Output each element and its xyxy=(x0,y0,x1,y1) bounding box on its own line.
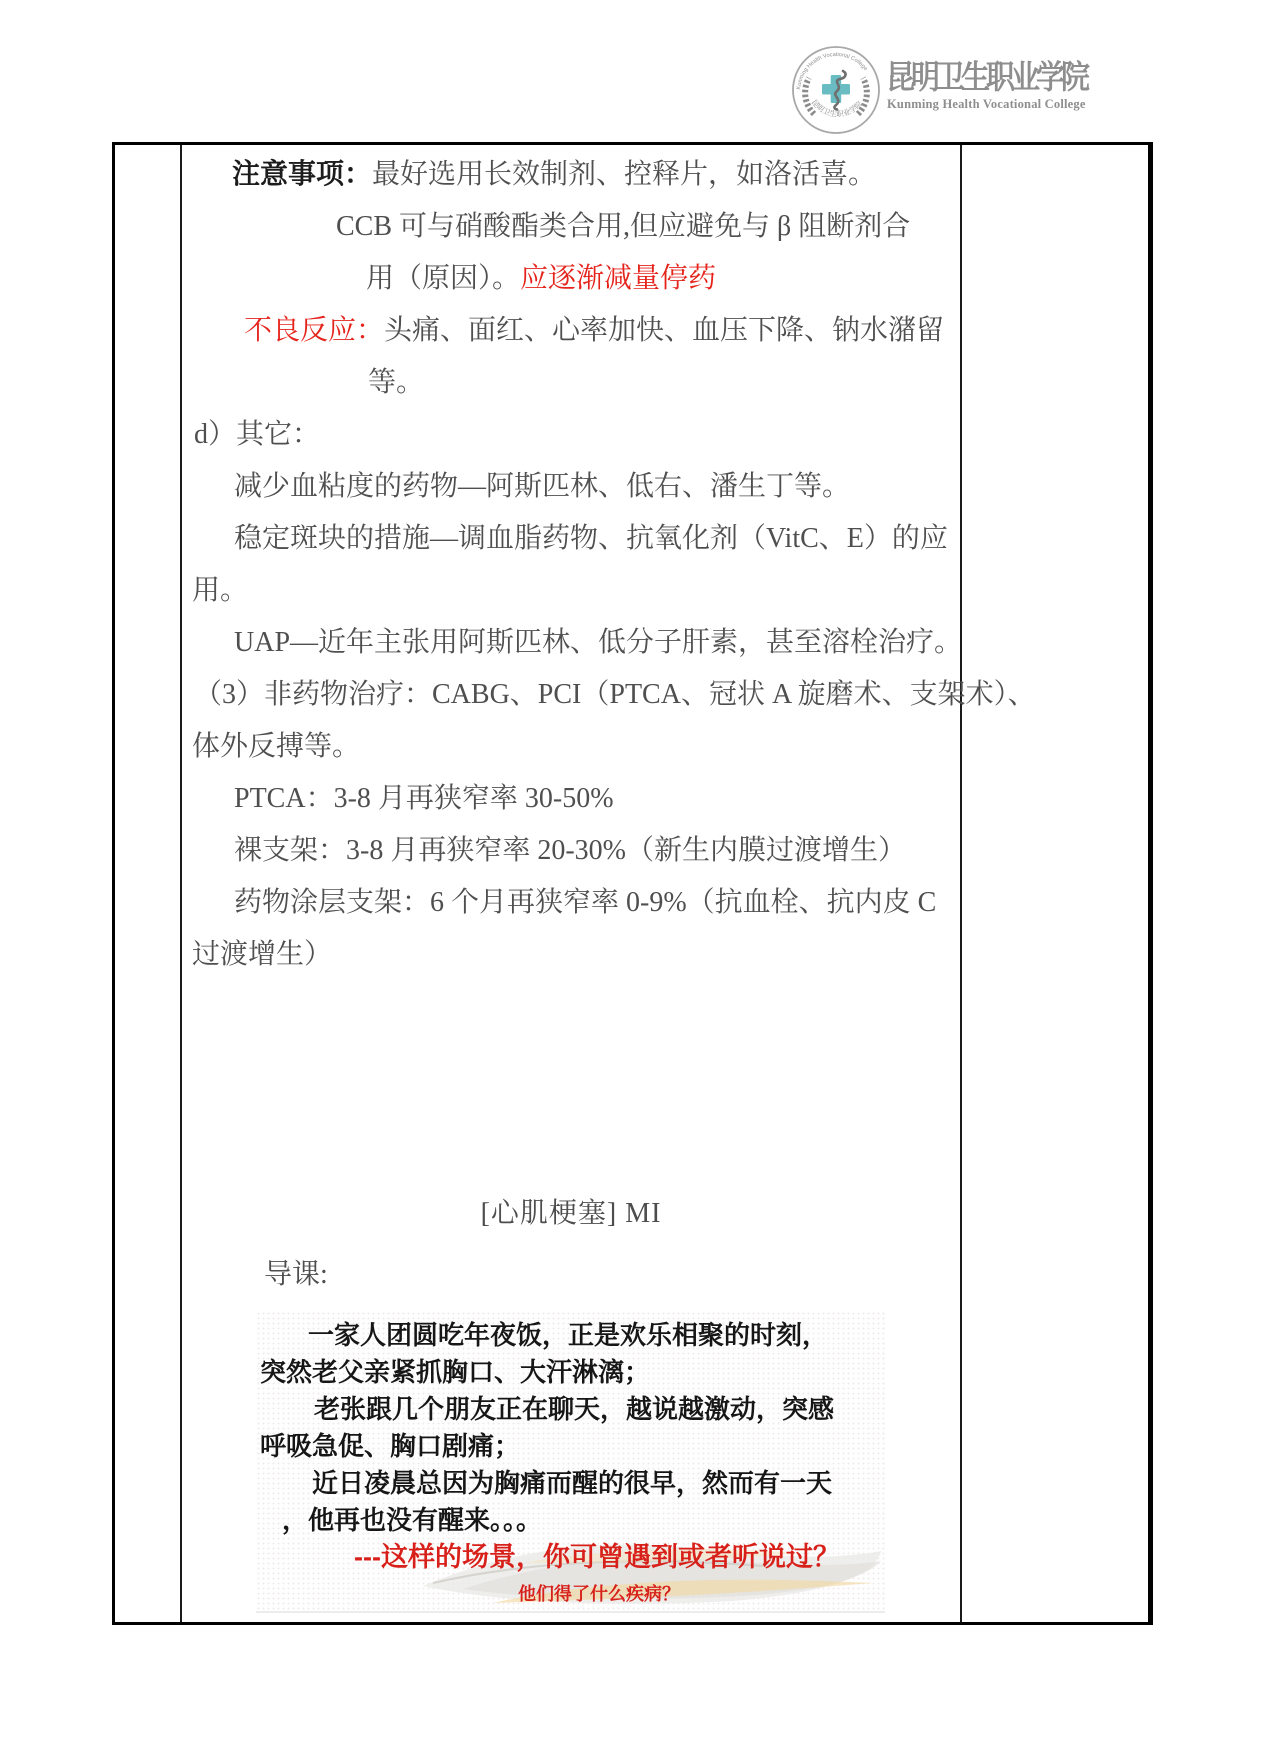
doc-line-segment: 裸支架：3-8 月再狭窄率 20-30%（新生内膜过渡增生） xyxy=(234,835,906,866)
scenario-text-line: 近日凌晨总因为胸痛而醒的很早，然而有一天 xyxy=(256,1465,885,1502)
section-title: [心肌梗塞] MI xyxy=(182,1193,960,1235)
table-left-column xyxy=(115,145,182,1622)
doc-line-segment: 注意事项： xyxy=(232,159,372,190)
doc-line: 稳定斑块的措施—调血脂药物、抗氧化剂（VitC、E）的应 xyxy=(182,513,960,565)
doc-line: 不良反应：头痛、面红、心率加快、血压下降、钠水潴留 xyxy=(182,305,960,357)
college-name-zh: 昆明卫生职业学院 xyxy=(886,52,1086,98)
doc-line: CCB 可与硝酸酯类合用,但应避免与 β 阻断剂合 xyxy=(182,201,960,253)
table-content-column: 注意事项：最好选用长效制剂、控释片，如洛活喜。CCB 可与硝酸酯类合用,但应避免… xyxy=(182,145,962,1622)
doc-line: 用（原因）。应逐渐减量停药 xyxy=(182,253,960,305)
page: Kunming Health Vocational College 昆明卫生职业… xyxy=(0,0,1271,1763)
college-name-en: Kunming Health Vocational College xyxy=(887,97,1086,112)
doc-line-segment: 稳定斑块的措施—调血脂药物、抗氧化剂（VitC、E）的应 xyxy=(234,523,948,554)
doc-line: 减少血粘度的药物—阿斯匹林、低右、潘生丁等。 xyxy=(182,461,960,513)
scenario-image: 一家人团圆吃年夜饭，正是欢乐相聚的时刻，突然老父亲紧抓胸口、大汗淋漓；老张跟几个… xyxy=(256,1311,885,1613)
doc-line: 等。 xyxy=(182,357,960,409)
scenario-text-line: 一家人团圆吃年夜饭，正是欢乐相聚的时刻， xyxy=(256,1317,885,1354)
doc-line-segment: d）其它： xyxy=(194,419,320,450)
doc-line-segment: 头痛、面红、心率加快、血压下降、钠水潴留 xyxy=(384,315,944,346)
doc-line-segment: 过渡增生） xyxy=(192,939,332,970)
doc-line-segment: UAP—近年主张用阿斯匹林、低分子肝素，甚至溶栓治疗。 xyxy=(234,627,962,658)
scenario-text-line: 他们得了什么疾病？ xyxy=(256,1576,885,1613)
doc-line-segment: 应逐渐减量停药 xyxy=(520,263,716,294)
scenario-text-line: 老张跟几个朋友正在聊天，越说越激动，突感 xyxy=(256,1391,885,1428)
scenario-text-line: ---这样的场景，你可曾遇到或者听说过？ xyxy=(256,1539,885,1576)
table-right-column xyxy=(962,145,1148,1622)
doc-line-segment: （3）非药物治疗：CABG、PCI（PTCA、冠状 A 旋磨术、支架术）、 xyxy=(194,679,1036,710)
doc-line-segment: 等。 xyxy=(368,367,424,398)
doc-line: d）其它： xyxy=(182,409,960,461)
doc-line-segment: 最好选用长效制剂、控释片，如洛活喜。 xyxy=(372,159,876,190)
doc-line-segment: 用。 xyxy=(192,575,248,606)
doc-line: UAP—近年主张用阿斯匹林、低分子肝素，甚至溶栓治疗。 xyxy=(182,617,960,669)
doc-line: 过渡增生） xyxy=(182,929,960,981)
doc-line-segment: 用（原因）。 xyxy=(366,263,520,294)
lesson-plan-table: 注意事项：最好选用长效制剂、控释片，如洛活喜。CCB 可与硝酸酯类合用,但应避免… xyxy=(112,142,1153,1625)
doc-line-segment: PTCA：3-8 月再狭窄率 30-50% xyxy=(234,783,614,814)
scenario-text-lines: 一家人团圆吃年夜饭，正是欢乐相聚的时刻，突然老父亲紧抓胸口、大汗淋漓；老张跟几个… xyxy=(256,1317,885,1613)
doc-line: 药物涂层支架：6 个月再狭窄率 0-9%（抗血栓、抗内皮 C xyxy=(182,877,960,929)
doc-line-segment: CCB 可与硝酸酯类合用,但应避免与 β 阻断剂合 xyxy=(336,211,910,242)
scenario-text-line: ，他再也没有醒来。。。 xyxy=(256,1502,885,1539)
doc-line: 用。 xyxy=(182,565,960,617)
doc-line: （3）非药物治疗：CABG、PCI（PTCA、冠状 A 旋磨术、支架术）、 xyxy=(182,669,960,721)
college-logo-icon: Kunming Health Vocational College 昆明卫生职业… xyxy=(791,45,881,135)
doc-line: 体外反搏等。 xyxy=(182,721,960,773)
doc-line-segment: 体外反搏等。 xyxy=(192,731,360,762)
doc-line: PTCA：3-8 月再狭窄率 30-50% xyxy=(182,773,960,825)
doc-line-segment: 不良反应： xyxy=(244,315,384,346)
lead-in-label: 导课: xyxy=(182,1255,960,1295)
doc-line-segment: 减少血粘度的药物—阿斯匹林、低右、潘生丁等。 xyxy=(234,471,850,502)
scenario-text-line: 突然老父亲紧抓胸口、大汗淋漓； xyxy=(256,1354,885,1391)
doc-line-segment: 药物涂层支架：6 个月再狭窄率 0-9%（抗血栓、抗内皮 C xyxy=(234,887,936,918)
scenario-text-line: 呼吸急促、胸口剧痛； xyxy=(256,1428,885,1465)
content-lines: 注意事项：最好选用长效制剂、控释片，如洛活喜。CCB 可与硝酸酯类合用,但应避免… xyxy=(182,149,960,981)
doc-line: 注意事项：最好选用长效制剂、控释片，如洛活喜。 xyxy=(182,149,960,201)
vertical-gap xyxy=(182,981,960,1193)
doc-line: 裸支架：3-8 月再狭窄率 20-30%（新生内膜过渡增生） xyxy=(182,825,960,877)
